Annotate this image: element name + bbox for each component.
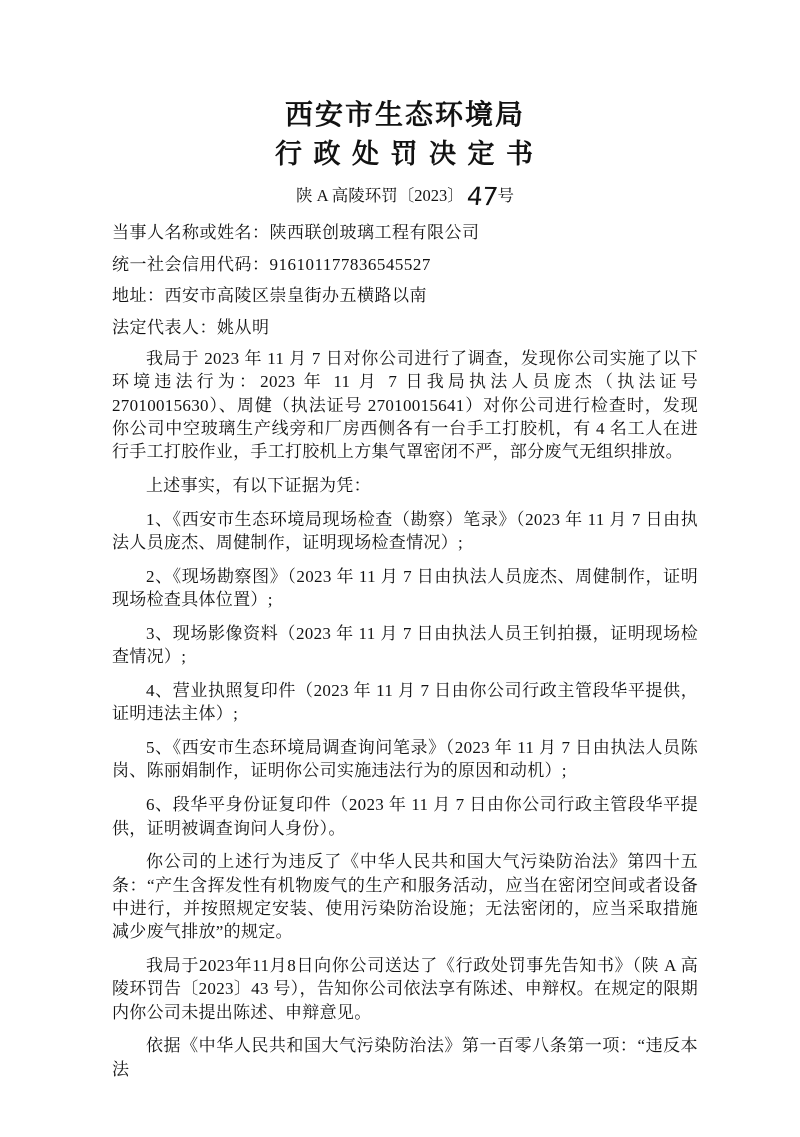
paragraph-investigation-findings: 我局于 2023 年 11 月 7 日对你公司进行了调查，发现你公司实施了以下环… [112,347,698,463]
party-name-value: 陕西联创玻璃工程有限公司 [270,223,480,242]
credit-code-label: 统一社会信用代码： [112,255,270,274]
legal-representative-row: 法定代表人：姚从明 [112,316,698,339]
party-name-row: 当事人名称或姓名：陕西联创玻璃工程有限公司 [112,221,698,244]
address-value: 西安市高陵区崇皇街办五横路以南 [165,286,428,305]
issuing-authority-title: 西安市生态环境局 [112,98,698,131]
paragraph-evidence-item-3: 3、现场影像资料（2023 年 11 月 7 日由执法人员王钊拍摄，证明现场检查… [112,622,698,669]
legal-representative-value: 姚从明 [217,318,270,337]
credit-code-value: 916101177836545527 [270,255,431,274]
paragraph-evidence-item-6: 6、段华平身份证复印件（2023 年 11 月 7 日由你公司行政主管段华平提供… [112,793,698,840]
paragraph-evidence-intro: 上述事实，有以下证据为凭： [112,474,698,497]
paragraph-legal-violation: 你公司的上述行为违反了《中华人民共和国大气污染防治法》第四十五条：“产生含挥发性… [112,850,698,943]
document-number: 陕 A 高陵环罚〔2023〕47号 [112,183,698,209]
paragraph-evidence-item-5: 5、《西安市生态环境局调查询问笔录》（2023 年 11 月 7 日由执法人员陈… [112,736,698,783]
paragraph-penalty-basis: 依据《中华人民共和国大气污染防治法》第一百零八条第一项：“违反本法 [112,1034,698,1081]
paragraph-evidence-item-1: 1、《西安市生态环境局现场检查（勘察）笔录》（2023 年 11 月 7 日由执… [112,508,698,555]
document-title: 行 政 处 罚 决 定 书 [112,138,698,170]
document-number-suffix: 号 [498,186,515,205]
paragraph-prior-notification: 我局于2023年11月8日向你公司送达了《行政处罚事先告知书》（陕 A 高陵环罚… [112,954,698,1024]
legal-representative-label: 法定代表人： [112,318,217,337]
credit-code-row: 统一社会信用代码：916101177836545527 [112,253,698,276]
party-name-label: 当事人名称或姓名： [112,223,270,242]
paragraph-evidence-item-4: 4、营业执照复印件（2023 年 11 月 7 日由你公司行政主管段华平提供，证… [112,679,698,726]
address-label: 地址： [112,286,165,305]
paragraph-evidence-item-2: 2、《现场勘察图》（2023 年 11 月 7 日由执法人员庞杰、周健制作，证明… [112,565,698,612]
address-row: 地址：西安市高陵区崇皇街办五横路以南 [112,284,698,307]
document-number-handwritten: 47 [466,187,498,208]
document-body: 我局于 2023 年 11 月 7 日对你公司进行了调查，发现你公司实施了以下环… [112,347,698,1081]
penalty-decision-document: 西安市生态环境局 行 政 处 罚 决 定 书 陕 A 高陵环罚〔2023〕47号… [0,0,800,1137]
document-number-prefix: 陕 A 高陵环罚〔2023〕 [296,186,464,205]
party-info-section: 当事人名称或姓名：陕西联创玻璃工程有限公司 统一社会信用代码：916101177… [112,221,698,339]
